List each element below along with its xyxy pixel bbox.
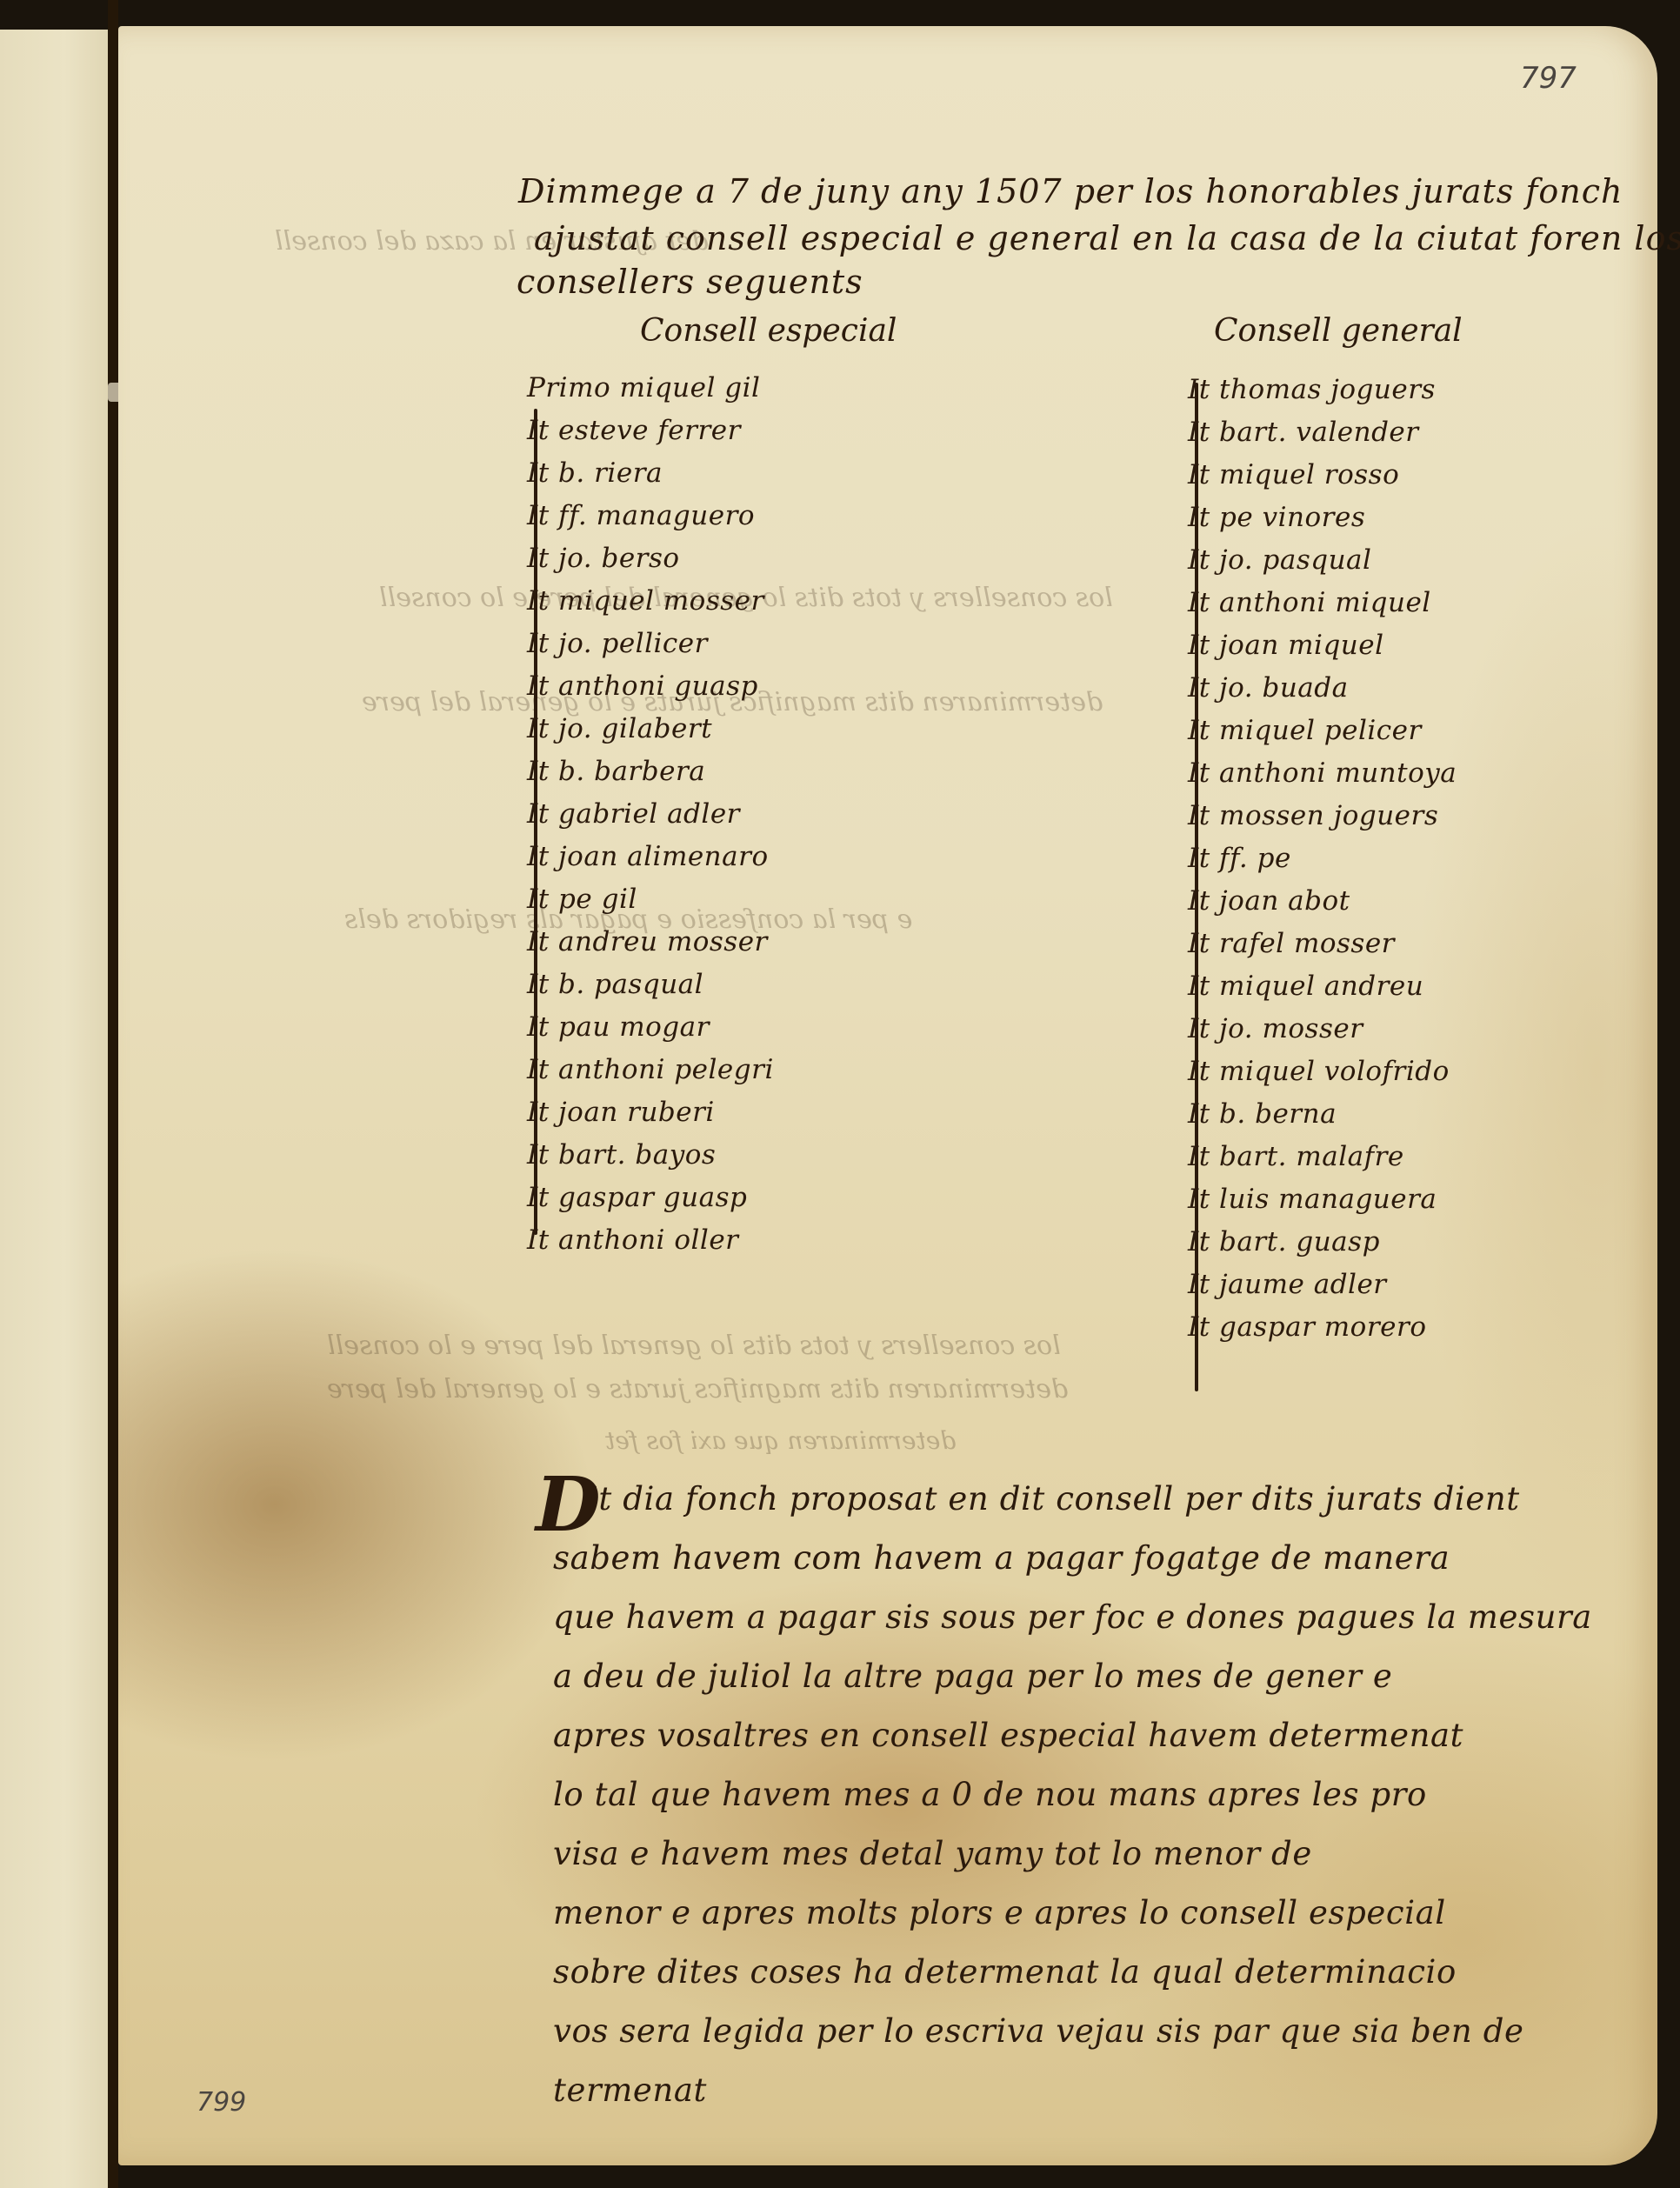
list-item: It gaspar guasp <box>527 1182 747 1213</box>
list-item: It esteve ferrer <box>527 415 741 446</box>
paragraph-line: it dia fonch proposat en dit consell per… <box>588 1480 1520 1518</box>
list-item: It b. barbera <box>527 756 705 787</box>
binding-gutter <box>108 0 118 2188</box>
manuscript-page: 797 det ajustar en la caza del consell l… <box>118 26 1657 2165</box>
list-item: Primo miquel gil <box>527 372 760 404</box>
list-item: It andreu mosser <box>527 926 768 957</box>
list-item: It gabriel adler <box>527 798 740 830</box>
list-item: It anthoni miquel <box>1188 587 1431 618</box>
folio-number-bottom: 799 <box>197 2087 246 2118</box>
paragraph-line: lo tal que havem mes a 0 de nou mans apr… <box>553 1776 1427 1813</box>
list-item: It luis managuera <box>1188 1184 1437 1215</box>
list-item: It pau mogar <box>527 1011 710 1043</box>
facing-page-edge <box>0 30 108 2188</box>
list-item: It bart. valender <box>1188 417 1419 448</box>
list-item: It jo. mosser <box>1188 1013 1363 1044</box>
column-title-consell-general: Consell general <box>1214 313 1463 349</box>
list-item: It b. berna <box>1188 1098 1337 1130</box>
list-item: It bart. malafre <box>1188 1141 1404 1172</box>
list-item: It jo. buada <box>1188 672 1349 704</box>
list-item: It miquel rosso <box>1188 459 1399 490</box>
list-item: It joan ruberi <box>527 1097 715 1128</box>
list-item: It thomas joguers <box>1188 374 1436 405</box>
list-item: It anthoni muntoya <box>1188 757 1457 789</box>
paragraph-line: menor e apres molts plors e apres lo con… <box>553 1894 1446 1931</box>
list-item: It ff. managuero <box>527 500 755 531</box>
list-item: It joan abot <box>1188 885 1350 917</box>
list-item: It anthoni guasp <box>527 670 758 702</box>
list-item: It miquel andreu <box>1188 971 1423 1002</box>
list-item: It gaspar morero <box>1188 1311 1427 1343</box>
paragraph-line: apres vosaltres en consell especial have… <box>553 1717 1463 1754</box>
bleed-through-line: los consellers y tots dits lo general de… <box>327 1331 1061 1361</box>
paragraph-line: visa e havem mes detal yamy tot lo menor… <box>553 1835 1312 1872</box>
list-item: It b. riera <box>527 457 663 489</box>
list-item: It b. pasqual <box>527 969 703 1000</box>
list-item: It jo. berso <box>527 543 680 574</box>
list-item: It pe vinores <box>1188 502 1365 533</box>
list-item: It joan miquel <box>1188 630 1384 661</box>
heading-line: consellers seguents <box>517 263 863 301</box>
column-title-consell-especial: Consell especial <box>640 313 897 349</box>
paragraph-line: a deu de juliol la altre paga per lo mes… <box>553 1658 1392 1695</box>
list-item: It pe gil <box>527 884 637 915</box>
list-item: It joan alimenaro <box>527 841 769 872</box>
list-item: It anthoni oller <box>527 1224 738 1256</box>
paragraph-line: sabem havem com havem a pagar fogatge de… <box>553 1539 1450 1577</box>
heading-line: ajustat consell especial e general en la… <box>534 219 1680 257</box>
list-item: It jo. gilabert <box>527 713 712 744</box>
list-item: It bart. bayos <box>527 1139 716 1171</box>
list-item: It miquel mosser <box>527 585 764 617</box>
list-item: It jo. pellicer <box>527 628 708 659</box>
list-item: It bart. guasp <box>1188 1226 1380 1257</box>
list-item: It jo. pasqual <box>1188 544 1371 576</box>
bleed-through-line: determinaren que axi fos fet <box>605 1426 956 1455</box>
paragraph-line: vos sera legida per lo escriva vejau sis… <box>553 2012 1523 2050</box>
list-item: It anthoni pelegri <box>527 1054 774 1085</box>
list-item: It mossen joguers <box>1188 800 1438 831</box>
list-item: It miquel pelicer <box>1188 715 1422 746</box>
paragraph-line: sobre dites coses ha determenat la qual … <box>553 1953 1457 1991</box>
paragraph-line: que havem a pagar sis sous per foc e don… <box>553 1598 1592 1636</box>
list-item: It rafel mosser <box>1188 928 1395 959</box>
list-item: It ff. pe <box>1188 843 1291 874</box>
bleed-through-line: determinaren dits magnifics jurats e lo … <box>327 1374 1068 1404</box>
folio-number-top: 797 <box>1520 61 1577 96</box>
heading-line: Dimmege a 7 de juny any 1507 per los hon… <box>518 172 1623 210</box>
paragraph-line: termenat <box>553 2071 707 2109</box>
list-item: It jaume adler <box>1188 1269 1387 1300</box>
list-item: It miquel volofrido <box>1188 1056 1450 1087</box>
